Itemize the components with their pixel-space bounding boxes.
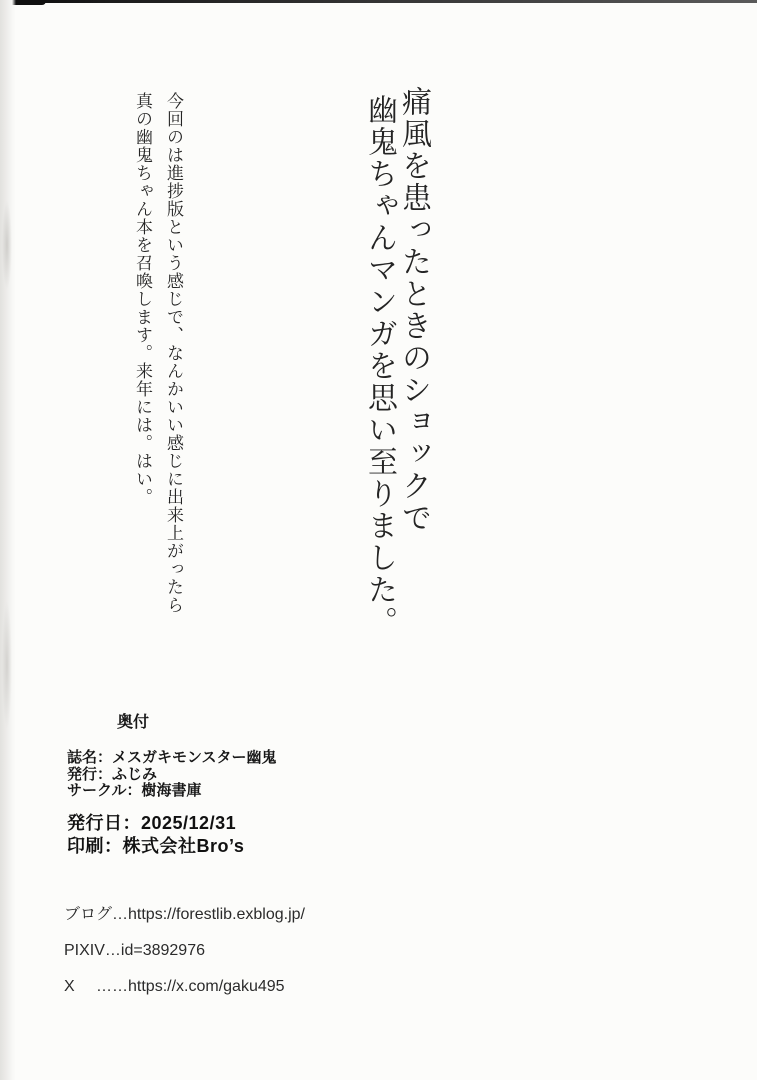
afterword-comment-main: 痛風を患ったときのショックで 幽鬼ちゃんマンガを思い至りました。	[362, 86, 430, 686]
link-row-blog: ブログ…https://forestlib.exblog.jp/	[64, 897, 305, 933]
link-label-pixiv: PIXIV	[64, 933, 105, 969]
colophon-publisher-line: 発行：ふじみ	[67, 767, 277, 784]
comment-main-line-1: 痛風を患ったときのショックで	[396, 86, 430, 686]
comment-sub-line-1: 今回のは進捗版という感じで、なんかいい感じに出来上がったら	[157, 92, 188, 677]
link-separator: ……	[96, 978, 128, 995]
scan-smudge	[2, 200, 12, 290]
link-separator: …	[112, 906, 128, 923]
link-value-x: https://x.com/gaku495	[128, 978, 285, 995]
link-label-x: X	[64, 969, 96, 1005]
colophon-title-line: 誌名：メスガキモンスター幽鬼	[67, 750, 277, 767]
colophon-emphasis: 発行日：2025/12/31 印刷：株式会社Bro’s	[67, 812, 244, 858]
comment-sub-line-2: 真の幽鬼ちゃん本を召喚します。来年には。はい。	[126, 92, 157, 677]
colophon-header: 奥付	[117, 709, 149, 732]
colophon-info: 誌名：メスガキモンスター幽鬼 発行：ふじみ サークル：樹海書庫	[67, 750, 277, 800]
colophon-links: ブログ…https://forestlib.exblog.jp/ PIXIV…i…	[64, 897, 305, 1005]
link-row-x: X……https://x.com/gaku495	[64, 969, 305, 1005]
colophon-printer-line: 印刷：株式会社Bro’s	[67, 835, 244, 858]
link-row-pixiv: PIXIV…id=3892976	[64, 933, 305, 969]
colophon-circle-line: サークル：樹海書庫	[67, 783, 277, 800]
link-separator: …	[105, 942, 121, 959]
comment-main-line-2: 幽鬼ちゃんマンガを思い至りました。	[362, 86, 396, 686]
colophon-date-line: 発行日：2025/12/31	[67, 812, 244, 835]
link-value-blog: https://forestlib.exblog.jp/	[128, 906, 305, 923]
link-label-blog: ブログ	[64, 897, 112, 933]
scanned-page: 痛風を患ったときのショックで 幽鬼ちゃんマンガを思い至りました。 今回のは進捗版…	[0, 0, 757, 1080]
scan-smudge	[2, 600, 12, 730]
scan-edge-top	[0, 0, 757, 3]
scan-edge-left	[0, 0, 16, 1080]
afterword-comment-sub: 今回のは進捗版という感じで、なんかいい感じに出来上がったら 真の幽鬼ちゃん本を召…	[126, 92, 188, 677]
link-value-pixiv: id=3892976	[121, 942, 205, 959]
